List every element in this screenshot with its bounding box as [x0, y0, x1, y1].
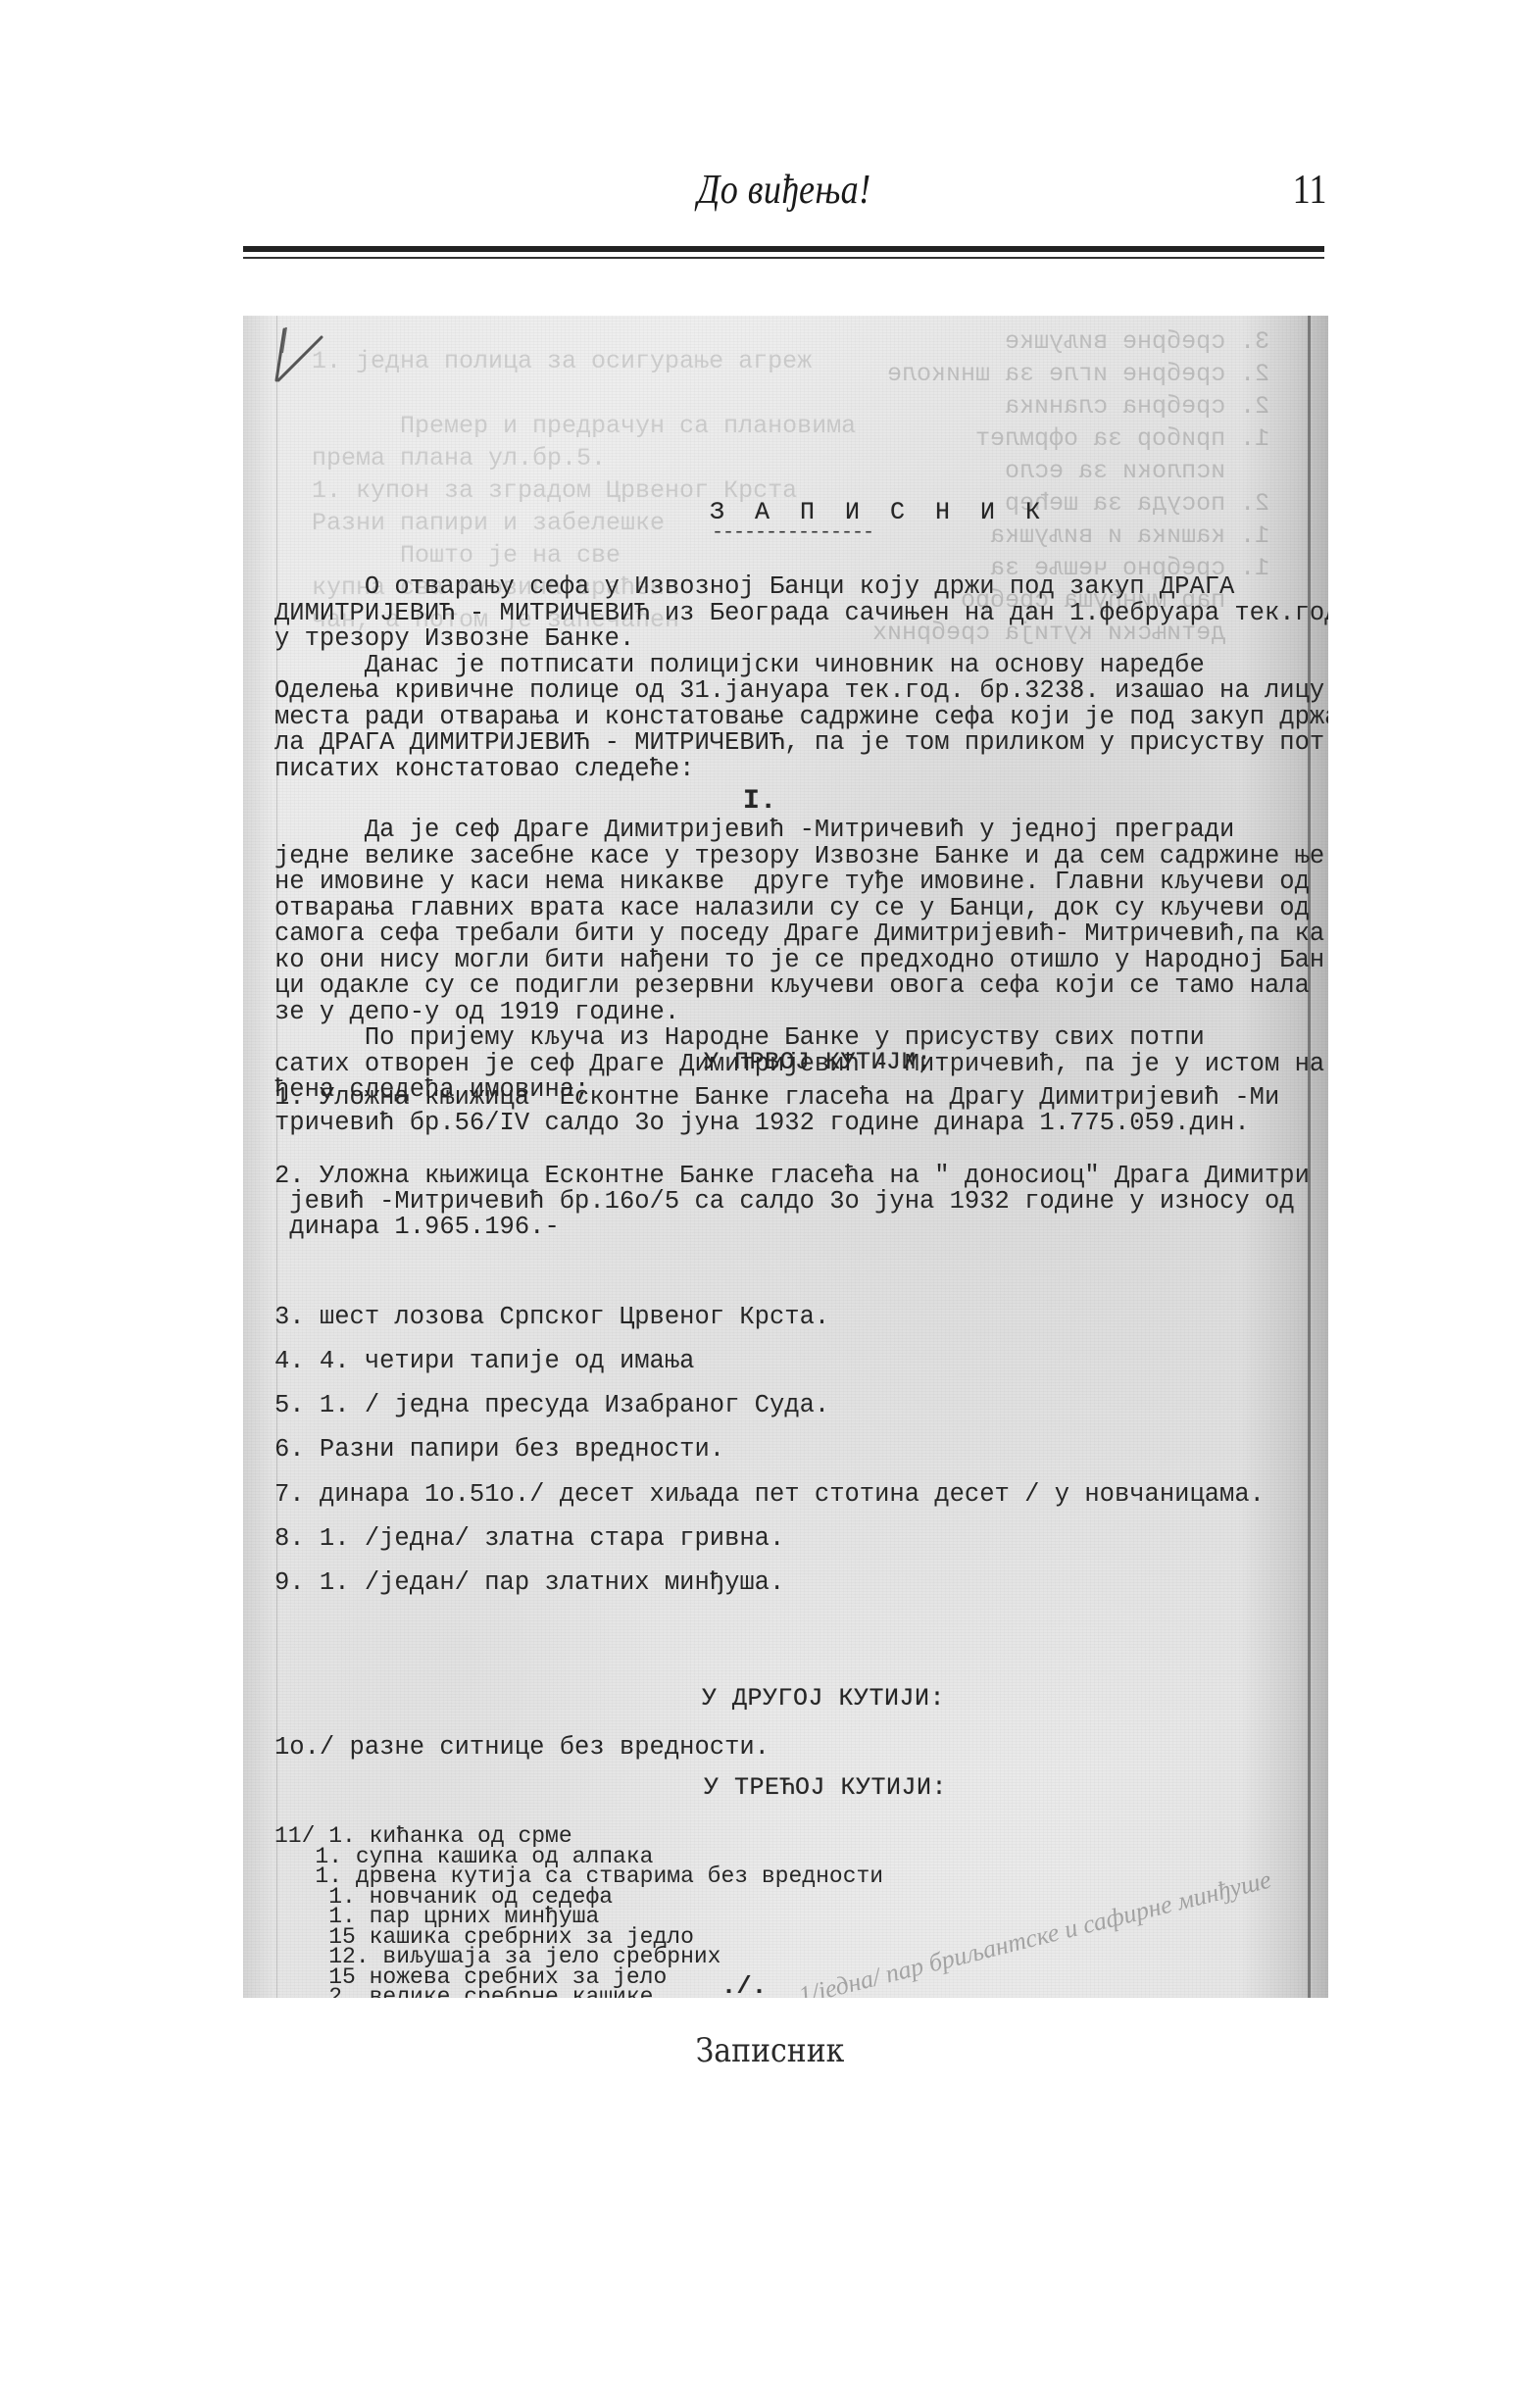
intro-line: ла ДРАГА ДИМИТРИЈЕВИЋ - МИТРИЧЕВИЋ, па ј…	[274, 728, 1324, 757]
box1-item: 1. Уложна књижица Есконтне Банке гласећа…	[274, 1083, 1279, 1112]
box1-item: 4. 4. четири тапије од имања	[274, 1347, 694, 1375]
intro-line: О отварању сефа у Извозној Банци коју др…	[274, 572, 1234, 601]
running-title: До виђења!	[616, 167, 953, 214]
figure-caption: Записник	[92, 2031, 1447, 2070]
page-number: 11	[1292, 167, 1326, 214]
body-line: не имовине у каси нема никакве друге туђ…	[274, 868, 1310, 896]
body-line: зе у депо-у од 1919 године.	[274, 998, 679, 1026]
box1-item: 9. 1. /један/ пар златних минђуша.	[274, 1568, 784, 1597]
body-line: ко они нису могли бити нађени то је се п…	[274, 946, 1324, 974]
body-line: самога сефа требали бити у поседу Драге …	[274, 919, 1324, 948]
header-rule-thin	[243, 257, 1324, 259]
header-rule-thick	[243, 246, 1324, 252]
body-line: Да је сеф Драге Димитријевић -Митричевић…	[274, 816, 1234, 844]
body-line: једне велике засебне касе у трезору Изво…	[274, 842, 1324, 870]
box1-item: 6. Разни папири без вредности.	[274, 1435, 724, 1464]
box3-heading: У ТРЕЋОЈ КУТИЈИ:	[704, 1773, 947, 1802]
end-mark: ./.	[721, 1972, 768, 1998]
scan-edge	[1308, 316, 1311, 1998]
handwritten-check-icon	[273, 323, 331, 392]
body-line: отварања главних врата касе налазили су …	[274, 894, 1310, 922]
box1-item: тричевић бр.56/IV салдо 3о јуна 1932 год…	[274, 1109, 1250, 1137]
box2-heading: У ДРУГОЈ КУТИЈИ:	[702, 1684, 945, 1713]
intro-line: места ради отварања и констатовање садрж…	[274, 703, 1328, 731]
box1-item: 7. динара 1о.51о./ десет хиљада пет стот…	[274, 1480, 1265, 1509]
box1-heading: У ПРВОЈ КУТИЈИ;	[704, 1048, 932, 1076]
box1-item: јевић -Митричевић бр.16о/5 са салдо 3о ј…	[274, 1187, 1295, 1216]
box1-item: динара 1.965.196.-	[274, 1213, 560, 1241]
intro-line: Оделења кривичне полице од 31.јануара те…	[274, 676, 1324, 705]
intro-line: Данас је потписати полицијски чиновник н…	[274, 651, 1205, 679]
intro-line: ДИМИТРИЈЕВИЋ - МИТРИЧЕВИЋ из Београда са…	[274, 599, 1328, 627]
box1-item: 5. 1. / једна пресуда Изабраног Суда.	[274, 1391, 829, 1419]
scanned-document: 3. сребрне виљушке 2. сребрне игле за шн…	[243, 316, 1328, 1998]
box1-item: 8. 1. /једна/ златна стара гривна.	[274, 1524, 784, 1553]
document-title-underline: ---------------	[712, 522, 873, 544]
body-line: ци одакле су се подигли резервни кључеви…	[274, 971, 1310, 1000]
box1-item: 3. шест лозова Српског Црвеног Крста.	[274, 1303, 829, 1331]
intro-line: у трезору Извозне Банке.	[274, 624, 634, 653]
section-number: I.	[743, 786, 777, 817]
box2-item: 1о./ разне ситнице без вредности.	[274, 1733, 770, 1762]
box1-item: 2. Уложна књижица Есконтне Банке гласећа…	[274, 1162, 1310, 1190]
box3-item: 2. велике сребрне кашике	[274, 1984, 653, 1998]
intro-line: писатих констатовао следеће:	[274, 755, 694, 783]
